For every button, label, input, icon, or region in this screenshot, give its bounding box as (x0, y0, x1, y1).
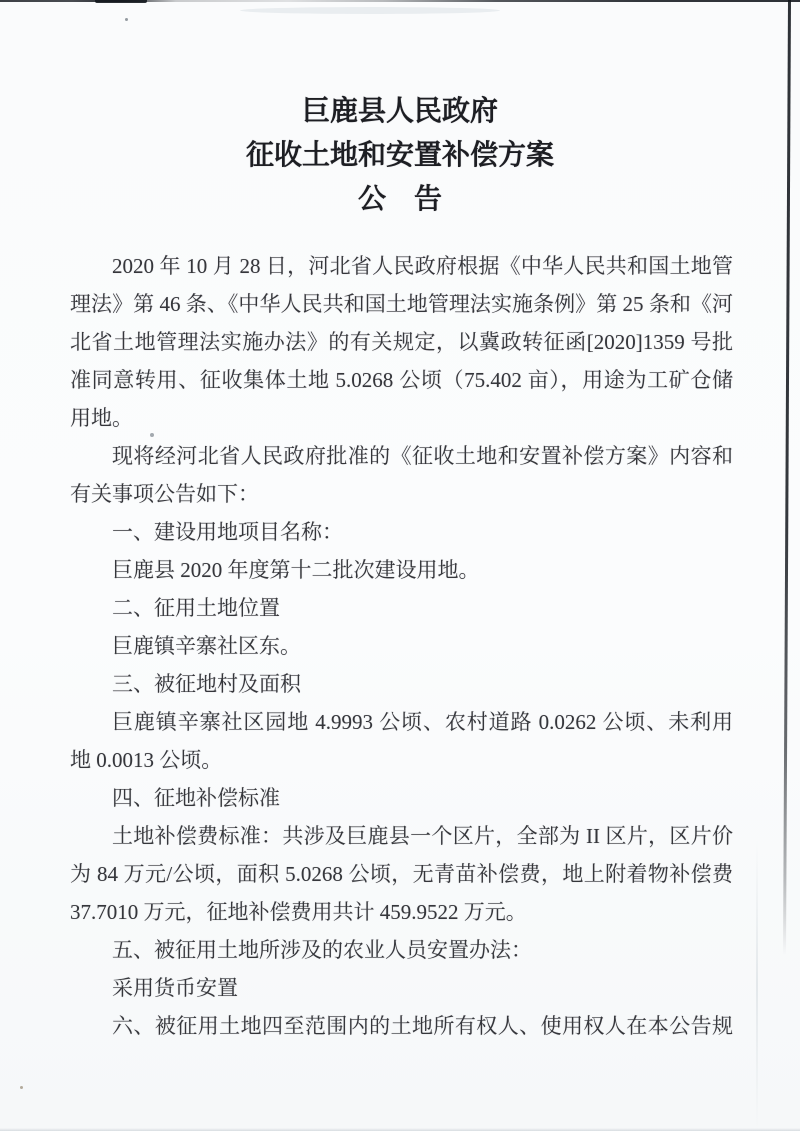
body-line: 巨鹿镇辛寨社区园地 4.9993 公顷、农村道路 0.0262 公顷、未利用 (70, 703, 733, 741)
body-line: 五、被征用土地所涉及的农业人员安置办法： (70, 931, 733, 969)
body-line: 为 84 万元/公顷，面积 5.0268 公顷，无青苗补偿费，地上附着物补偿费 (70, 855, 733, 893)
body-line: 有关事项公告如下： (70, 475, 733, 513)
scan-smudge (240, 7, 500, 14)
scan-speck (125, 18, 128, 21)
body-line: 采用货币安置 (70, 969, 733, 1007)
body-line: 巨鹿县 2020 年度第十二批次建设用地。 (70, 551, 733, 589)
title-line-announcement: 公 告 (0, 178, 800, 222)
title-line-issuer: 巨鹿县人民政府 (0, 90, 800, 134)
body-line: 37.7010 万元，征地补偿费用共计 459.9522 万元。 (70, 893, 733, 931)
body-line: 一、建设用地项目名称： (70, 513, 733, 551)
body-line: 用地。 (70, 399, 733, 437)
body-line: 2020 年 10 月 28 日，河北省人民政府根据《中华人民共和国土地管 (70, 247, 733, 285)
body-line: 四、征地补偿标准 (70, 779, 733, 817)
document-body: 2020 年 10 月 28 日，河北省人民政府根据《中华人民共和国土地管 理法… (70, 247, 733, 1045)
body-line: 北省土地管理法实施办法》的有关规定，以冀政转征函[2020]1359 号批 (70, 323, 733, 361)
body-line: 六、被征用土地四至范围内的土地所有权人、使用权人在本公告规 (70, 1007, 733, 1045)
body-line: 理法》第 46 条、《中华人民共和国土地管理法实施条例》第 25 条和《河 (70, 285, 733, 323)
body-line: 现将经河北省人民政府批准的《征收土地和安置补偿方案》内容和 (70, 437, 733, 475)
scan-crease (756, 840, 758, 1130)
scanned-document-page: 巨鹿县人民政府 征收土地和安置补偿方案 公 告 2020 年 10 月 28 日… (0, 0, 800, 1131)
document-title: 巨鹿县人民政府 征收土地和安置补偿方案 公 告 (0, 90, 800, 222)
body-line: 二、征用土地位置 (70, 589, 733, 627)
body-line: 三、被征地村及面积 (70, 665, 733, 703)
body-line: 土地补偿费标准：共涉及巨鹿县一个区片，全部为 II 区片，区片价 (70, 817, 733, 855)
scan-speck (20, 1086, 23, 1089)
body-line: 巨鹿镇辛寨社区东。 (70, 627, 733, 665)
body-line: 地 0.0013 公顷。 (70, 741, 733, 779)
scan-edge-top-blob (95, 0, 147, 3)
title-line-subject: 征收土地和安置补偿方案 (0, 134, 800, 178)
body-line: 准同意转用、征收集体土地 5.0268 公顷（75.402 亩），用途为工矿仓储 (70, 361, 733, 399)
